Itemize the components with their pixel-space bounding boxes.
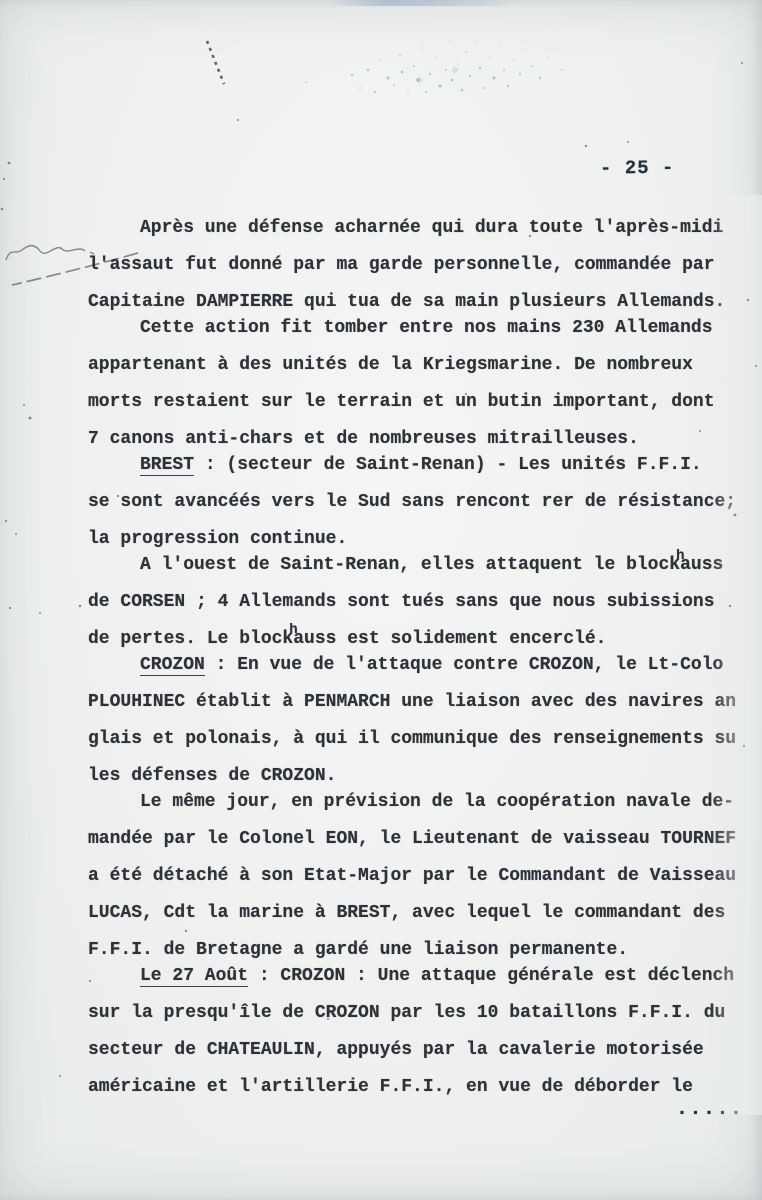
text-line: américaine et l'artillerie F.F.I., en vu…	[88, 1069, 750, 1106]
text-line: se sont avancéés vers le Sud sans rencon…	[88, 484, 750, 521]
text-segment: Capitaine DAMPIERRE qui tua de sa main p…	[88, 292, 725, 312]
text-segment: de pertes. Le block	[88, 629, 293, 649]
text-line: Le 27 Août : CROZON : Une attaque généra…	[88, 958, 750, 995]
text-segment: américaine et l'artillerie F.F.I., en vu…	[88, 1077, 693, 1097]
text-segment: Cette action fit tomber entre nos mains …	[140, 318, 713, 338]
text-segment: : (secteur de Saint-Renan) - Les unités …	[194, 455, 702, 475]
text-line: a été détaché à son Etat-Major par le Co…	[88, 858, 750, 895]
text-line: BREST : (secteur de Saint-Renan) - Les u…	[88, 447, 750, 484]
ink-slash-mark	[200, 36, 234, 92]
text-segment: glais et polonais, à qui il communique d…	[88, 729, 736, 749]
text-segment: morts restaient sur le terrain et un but…	[88, 392, 715, 412]
text-line: LUCAS, Cdt la marine à BREST, avec leque…	[88, 895, 750, 932]
text-segment: appartenant à des unités de la Kriegsmar…	[88, 355, 693, 375]
text-segment: les défenses de CROZON.	[88, 766, 336, 786]
text-segment: A l'ouest de Saint-Renan, elles attaquen…	[140, 555, 680, 575]
text-line: glais et polonais, à qui il communique d…	[88, 721, 750, 758]
text-segment: LUCAS, Cdt la marine à BREST, avec leque…	[88, 903, 725, 923]
text-segment: auss	[680, 555, 723, 575]
blue-ink-speckles	[290, 20, 580, 105]
text-segment: : En vue de l'attaque contre CROZON, le …	[205, 655, 723, 675]
text-segment: Le même jour, en prévision de la coopéra…	[140, 792, 734, 812]
scanned-page: - 25 - Après une défense acharnée qui du…	[0, 0, 762, 1200]
page-number: - 25 -	[600, 157, 690, 180]
text-line: Après une défense acharnée qui dura tout…	[88, 210, 750, 247]
text-line: A l'ouest de Saint-Renan, elles attaquen…	[88, 547, 750, 584]
text-segment: : CROZON : Une attaque générale est décl…	[248, 966, 734, 986]
blue-ink-streak	[328, 0, 520, 6]
underlined-text: BREST	[140, 455, 194, 476]
text-segment: l'assaut fut donné par ma garde personne…	[88, 255, 715, 275]
text-line: de CORSEN ; 4 Allemands sont tués sans q…	[88, 584, 750, 621]
text-line: PLOUHINEC établit à PENMARCH une liaison…	[88, 684, 750, 721]
text-segment: PLOUHINEC établit à PENMARCH une liaison…	[88, 692, 736, 712]
text-segment: 7 canons anti-chars et de nombreuses mit…	[88, 429, 639, 449]
text-line: mandée par le Colonel EON, le Lieutenant…	[88, 821, 750, 858]
text-segment: secteur de CHATEAULIN, appuyés par la ca…	[88, 1040, 704, 1060]
text-segment: mandée par le Colonel EON, le Lieutenant…	[88, 829, 736, 849]
text-line: Le même jour, en prévision de la coopéra…	[88, 784, 750, 821]
text-line: secteur de CHATEAULIN, appuyés par la ca…	[88, 1032, 750, 1069]
continuation-dots: .....	[676, 1098, 744, 1121]
text-segment: de CORSEN ; 4 Allemands sont tués sans q…	[88, 592, 715, 612]
text-segment: F.F.I. de Bretagne a gardé une liaison p…	[88, 940, 628, 960]
text-line: morts restaient sur le terrain et un but…	[88, 384, 750, 421]
underlined-text: Le 27 Août	[140, 966, 248, 987]
text-line: sur la presqu'île de CROZON par les 10 b…	[88, 995, 750, 1032]
text-line: Cette action fit tomber entre nos mains …	[88, 310, 750, 347]
text-segment: a été détaché à son Etat-Major par le Co…	[88, 866, 736, 886]
text-segment: sur la presqu'île de CROZON par les 10 b…	[88, 1003, 725, 1023]
text-segment: se sont avancéés vers le Sud sans rencon…	[88, 492, 736, 512]
underlined-text: CROZON	[140, 655, 205, 676]
text-line: appartenant à des unités de la Kriegsmar…	[88, 347, 750, 384]
document-text: Après une défense acharnée qui dura tout…	[88, 210, 750, 1106]
text-segment: auss est solidement encerclé.	[293, 629, 606, 649]
text-line: l'assaut fut donné par ma garde personne…	[88, 247, 750, 284]
text-segment: la progression continue.	[88, 529, 347, 549]
text-line: CROZON : En vue de l'attaque contre CROZ…	[88, 647, 750, 684]
text-segment: Après une défense acharnée qui dura tout…	[140, 218, 723, 238]
